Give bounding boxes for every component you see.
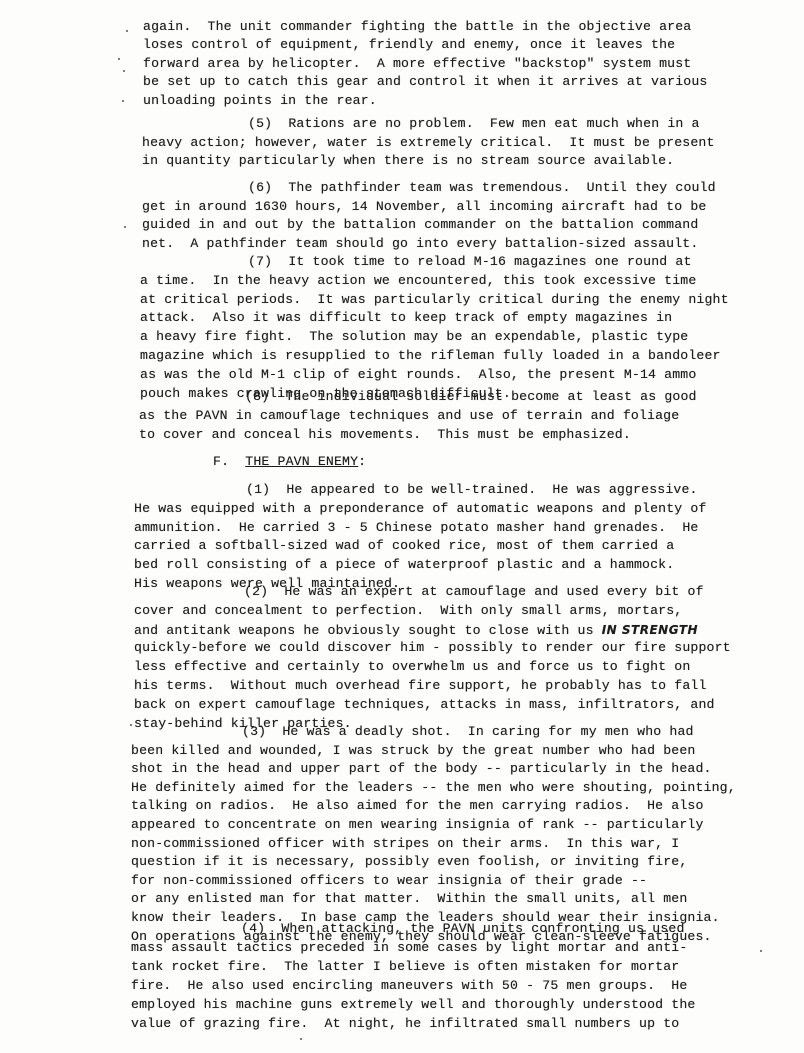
text-line: attack. Also it was difficult to keep tr…	[140, 311, 672, 325]
text-line: appeared to concentrate on men wearing i…	[131, 818, 704, 832]
text-line: in quantity particularly when there is n…	[142, 154, 674, 168]
text-line: net. A pathfinder team should go into ev…	[142, 237, 698, 251]
text-line: (7) It took time to reload M-16 magazine…	[248, 255, 692, 269]
text-line: ammunition. He carried 3 - 5 Chinese pot…	[134, 521, 698, 535]
line-text: bed roll consisting of a piece of waterp…	[134, 557, 674, 572]
line-text: carried a softball-sized wad of cooked r…	[134, 538, 674, 553]
text-line: shot in the head and upper part of the b…	[131, 762, 712, 776]
text-line: guided in and out by the battalion comma…	[142, 218, 698, 232]
text-line: again. The unit commander fighting the b…	[143, 20, 691, 34]
line-text: value of grazing fire. At night, he infi…	[131, 1016, 679, 1031]
text-line: employed his machine guns extremely well…	[131, 998, 695, 1012]
line-text: tank rocket fire. The latter I believe i…	[131, 959, 679, 974]
line-text: (8) The individual soldier must become a…	[245, 389, 697, 404]
section-heading-f: F. THE PAVN ENEMY:	[213, 455, 366, 469]
text-line: non-commissioned officer with stripes on…	[131, 837, 679, 851]
text-line: tank rocket fire. The latter I believe i…	[131, 960, 679, 974]
line-text: loses control of equipment, friendly and…	[143, 37, 675, 52]
line-text: mass assault tactics preceded in some ca…	[131, 940, 687, 955]
text-line: his terms. Without much overhead fire su…	[134, 679, 707, 693]
text-line: or any enlisted man for that matter. Wit…	[131, 892, 687, 906]
line-text: quickly-before we could discover him - p…	[134, 640, 731, 655]
line-text: heavy action; however, water is extremel…	[142, 135, 715, 150]
text-line: He was equipped with a preponderance of …	[134, 502, 707, 516]
text-line: value of grazing fire. At night, he infi…	[131, 1017, 679, 1031]
scan-speck	[118, 58, 120, 60]
line-text: forward area by helicopter. A more effec…	[143, 56, 691, 71]
text-line: (5) Rations are no problem. Few men eat …	[248, 117, 700, 131]
line-text: question if it is necessary, possibly ev…	[131, 854, 687, 869]
handwritten-annotation: IN STRENGTH	[602, 623, 698, 637]
line-text: or any enlisted man for that matter. Wit…	[131, 891, 687, 906]
text-line: for non-commissioned officers to wear in…	[131, 874, 647, 888]
line-text: appeared to concentrate on men wearing i…	[131, 817, 704, 832]
section-label: F.	[213, 454, 245, 469]
line-text: He definitely aimed for the leaders -- t…	[131, 780, 736, 795]
text-line: a heavy fire fight. The solution may be …	[140, 330, 688, 344]
line-text: cover and concealment to perfection. Wit…	[134, 603, 682, 618]
text-line: to cover and conceal his movements. This…	[139, 428, 631, 442]
line-text: (6) The pathfinder team was tremendous. …	[248, 180, 716, 195]
line-text: his terms. Without much overhead fire su…	[134, 678, 707, 693]
scan-speck	[122, 100, 124, 102]
line-text: in quantity particularly when there is n…	[142, 153, 674, 168]
text-line: unloading points in the rear.	[143, 94, 377, 108]
line-text: (7) It took time to reload M-16 magazine…	[248, 254, 692, 269]
text-line: forward area by helicopter. A more effec…	[143, 57, 691, 71]
line-text: get in around 1630 hours, 14 November, a…	[142, 199, 706, 214]
text-line: less effective and certainly to overwhel…	[134, 660, 690, 674]
line-text: shot in the head and upper part of the b…	[131, 761, 712, 776]
section-title-colon: :	[358, 454, 366, 469]
line-text: be set up to catch this gear and control…	[143, 74, 707, 89]
text-line: carried a softball-sized wad of cooked r…	[134, 539, 674, 553]
text-line: (2) He was an expert at camouflage and u…	[244, 585, 704, 599]
scan-speck	[300, 1038, 302, 1040]
text-line: back on expert camouflage techniques, at…	[134, 698, 715, 712]
line-text: (3) He was a deadly shot. In caring for …	[242, 724, 694, 739]
line-text: fire. He also used encircling maneuvers …	[131, 978, 687, 993]
text-line: magazine which is resupplied to the rifl…	[140, 349, 721, 363]
line-text: guided in and out by the battalion comma…	[142, 217, 698, 232]
line-text: talking on radios. He also aimed for the…	[131, 798, 704, 813]
line-text: (4) When attacking, the PAVN units confr…	[241, 921, 685, 936]
line-text: as the PAVN in camouflage techniques and…	[139, 408, 679, 423]
text-line: (3) He was a deadly shot. In caring for …	[242, 725, 694, 739]
line-text: again. The unit commander fighting the b…	[143, 19, 691, 34]
text-line: (8) The individual soldier must become a…	[245, 390, 697, 404]
line-text: unloading points in the rear.	[143, 93, 377, 108]
text-line: mass assault tactics preceded in some ca…	[131, 941, 687, 955]
line-text: (2) He was an expert at camouflage and u…	[244, 584, 704, 599]
line-text: ammunition. He carried 3 - 5 Chinese pot…	[134, 520, 698, 535]
text-line: as was the old M-1 clip of eight rounds.…	[140, 368, 696, 382]
line-text: less effective and certainly to overwhel…	[134, 659, 690, 674]
text-line: bed roll consisting of a piece of waterp…	[134, 558, 674, 572]
line-text: non-commissioned officer with stripes on…	[131, 836, 679, 851]
text-line: loses control of equipment, friendly and…	[143, 38, 675, 52]
line-text: (5) Rations are no problem. Few men eat …	[248, 116, 700, 131]
line-text: back on expert camouflage techniques, at…	[134, 697, 715, 712]
text-line: been killed and wounded, I was struck by…	[131, 744, 695, 758]
line-text: attack. Also it was difficult to keep tr…	[140, 310, 672, 325]
line-text: and antitank weapons he obviously sought…	[134, 623, 602, 638]
text-line: fire. He also used encircling maneuvers …	[131, 979, 687, 993]
text-line: get in around 1630 hours, 14 November, a…	[142, 200, 706, 214]
line-text: as was the old M-1 clip of eight rounds.…	[140, 367, 696, 382]
text-line: quickly-before we could discover him - p…	[134, 641, 731, 655]
line-text: for non-commissioned officers to wear in…	[131, 873, 647, 888]
text-line: as the PAVN in camouflage techniques and…	[139, 409, 679, 423]
scan-speck	[126, 30, 128, 32]
line-text: employed his machine guns extremely well…	[131, 997, 695, 1012]
text-line: (4) When attacking, the PAVN units confr…	[241, 922, 685, 936]
text-line: heavy action; however, water is extremel…	[142, 136, 715, 150]
text-line: at critical periods. It was particularly…	[140, 293, 729, 307]
scan-speck	[124, 226, 126, 228]
line-text: (1) He appeared to be well-trained. He w…	[246, 482, 698, 497]
section-title: THE PAVN ENEMY	[245, 454, 358, 469]
text-line: and antitank weapons he obviously sought…	[134, 623, 698, 638]
line-text: been killed and wounded, I was struck by…	[131, 743, 695, 758]
text-line: cover and concealment to perfection. Wit…	[134, 604, 682, 618]
scan-speck	[760, 950, 762, 952]
text-line: question if it is necessary, possibly ev…	[131, 855, 687, 869]
line-text: a time. In the heavy action we encounter…	[140, 273, 696, 288]
text-line: He definitely aimed for the leaders -- t…	[131, 781, 736, 795]
typewritten-page: again. The unit commander fighting the b…	[0, 0, 804, 1053]
line-text: magazine which is resupplied to the rifl…	[140, 348, 721, 363]
text-line: (1) He appeared to be well-trained. He w…	[246, 483, 698, 497]
text-line: a time. In the heavy action we encounter…	[140, 274, 696, 288]
text-line: talking on radios. He also aimed for the…	[131, 799, 704, 813]
line-text: a heavy fire fight. The solution may be …	[140, 329, 688, 344]
text-line: (6) The pathfinder team was tremendous. …	[248, 181, 716, 195]
line-text: net. A pathfinder team should go into ev…	[142, 236, 698, 251]
text-line: be set up to catch this gear and control…	[143, 75, 707, 89]
line-text: to cover and conceal his movements. This…	[139, 427, 631, 442]
line-text: at critical periods. It was particularly…	[140, 292, 729, 307]
scan-speck	[130, 724, 132, 726]
line-text: He was equipped with a preponderance of …	[134, 501, 707, 516]
scan-speck	[123, 70, 125, 72]
